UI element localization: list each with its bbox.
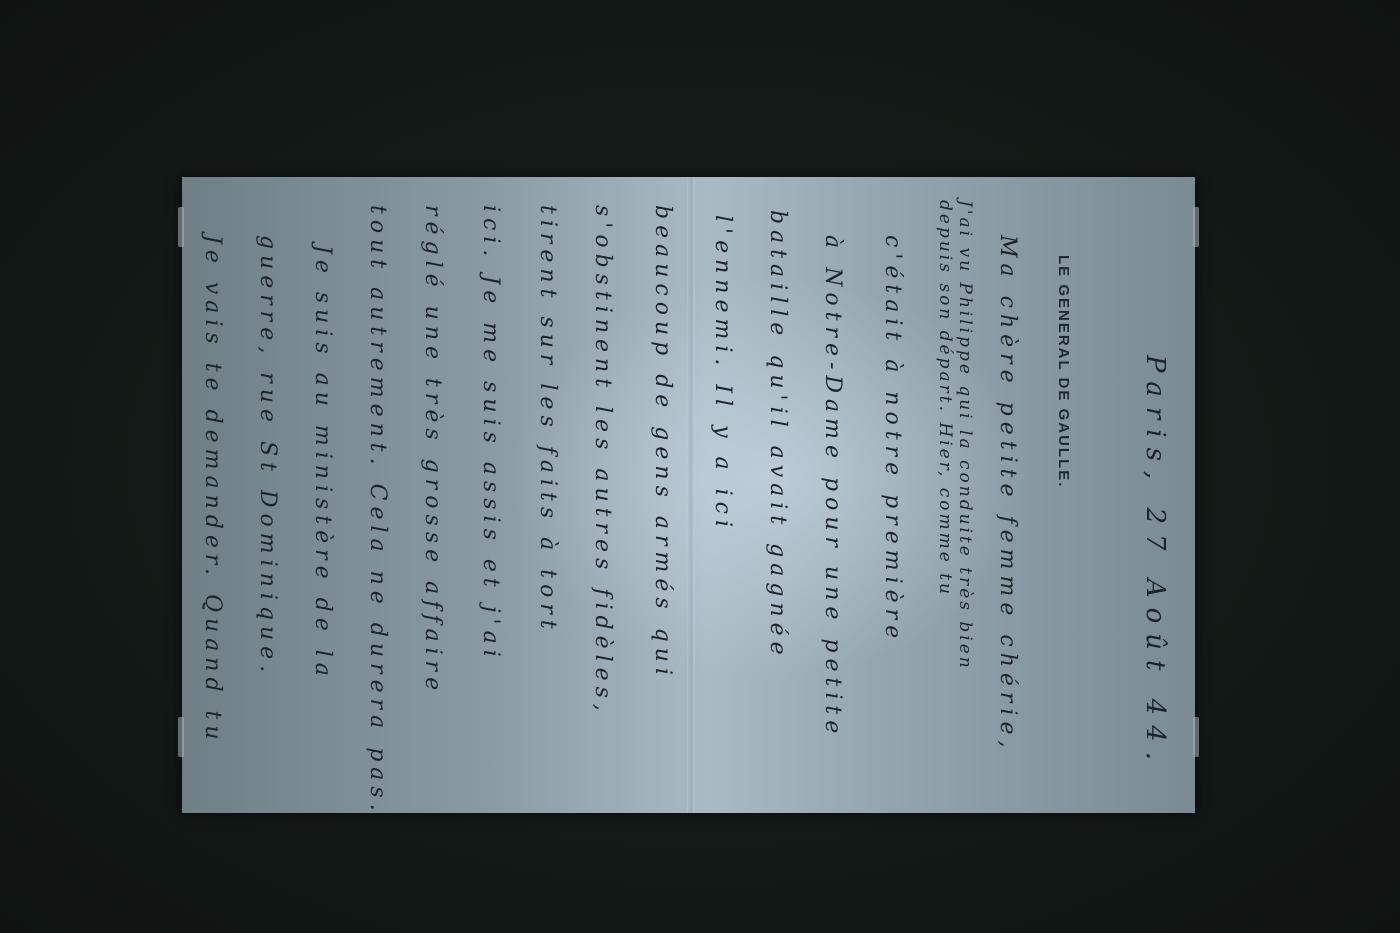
letter-line: ici. Je me suis assis et j'ai (478, 205, 503, 663)
letter-line: s'obstinent les autres fidèles, (590, 205, 615, 717)
mount-tab (178, 207, 184, 247)
date-line: Paris, 27 Août 44. (1140, 355, 1170, 770)
mount-tab (1193, 717, 1199, 757)
letter-line: c'était à notre première (880, 235, 905, 644)
paper-fold (687, 177, 695, 813)
mount-tab (178, 717, 184, 757)
letter-line: Ma chère petite femme chérie, (995, 235, 1020, 753)
letterhead: LE GENERAL DE GAULLE. (1055, 255, 1072, 488)
letter-line: Je vais te demander. Quand tu (200, 235, 225, 746)
letter-line: à Notre-Dame pour une petite (820, 235, 845, 739)
letter-line: beaucoup de gens armés qui (650, 205, 675, 681)
letter-line: tirent sur les faits à tort (535, 205, 560, 635)
letter-line: réglé une très grosse affaire (420, 205, 445, 696)
letter-line: depuis son départ. Hier, comme tu (935, 200, 955, 597)
letter-line: guerre, rue St Dominique. (255, 235, 280, 678)
letter-line: Je suis au ministère de la (310, 245, 335, 682)
letter-line: J'ai vu Philippe qui la conduite très bi… (955, 200, 975, 671)
mount-tab (1193, 207, 1199, 247)
letter-line: tout autrement. Cela ne durera pas. (365, 205, 390, 817)
letter-line: bataille qu'il avait gagnée (765, 210, 790, 661)
letter-line: l'ennemi. Il y a ici (710, 215, 735, 533)
